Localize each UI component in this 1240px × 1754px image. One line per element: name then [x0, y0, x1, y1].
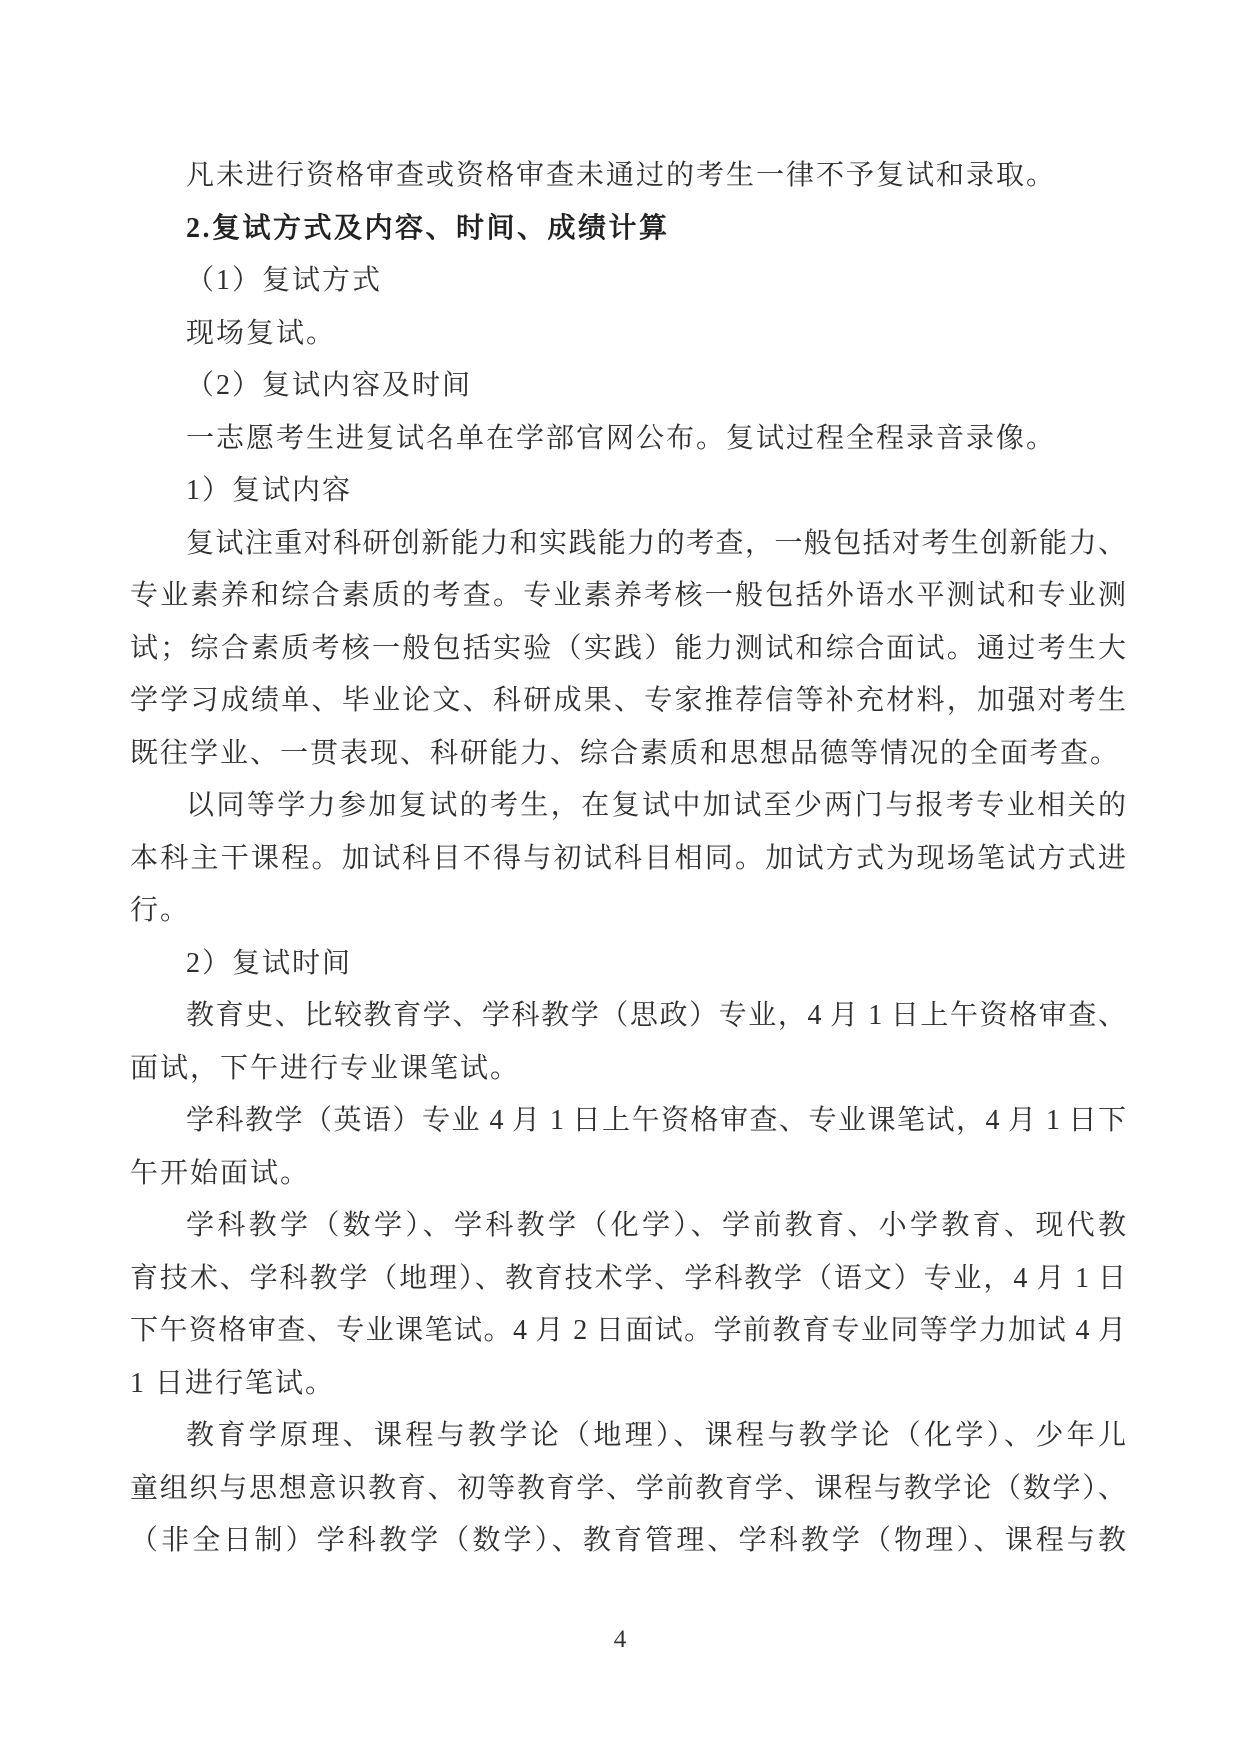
paragraph-line: 育技术、学科教学（地理）、教育技术学、学科教学（语文）专业，4 月 1 日 — [130, 1253, 1126, 1306]
paragraph-line: 学科教学（数学）、学科教学（化学）、学前教育、小学教育、现代教 — [130, 1200, 1126, 1253]
paragraph-line: 1 日进行笔试。 — [130, 1358, 1126, 1411]
paragraph-line: 现场复试。 — [130, 308, 1126, 361]
subsection-label: （2）复试内容及时间 — [130, 360, 1126, 413]
paragraph-line: 既往学业、一贯表现、科研能力、综合素质和思想品德等情况的全面考查。 — [130, 728, 1126, 781]
paragraph-line: 复试注重对科研创新能力和实践能力的考查，一般包括对考生创新能力、 — [130, 518, 1126, 571]
subsection-label: 2）复试时间 — [130, 938, 1126, 991]
paragraph-line: 凡未进行资格审查或资格审查未通过的考生一律不予复试和录取。 — [130, 150, 1126, 203]
paragraph-line: 一志愿考生进复试名单在学部官网公布。复试过程全程录音录像。 — [130, 413, 1126, 466]
subsection-label: 1）复试内容 — [130, 465, 1126, 518]
paragraph-line: 专业素养和综合素质的考查。专业素养考核一般包括外语水平测试和专业测 — [130, 570, 1126, 623]
paragraph-line: 学科教学（英语）专业 4 月 1 日上午资格审查、专业课笔试，4 月 1 日下 — [130, 1095, 1126, 1148]
paragraph-line: 午开始面试。 — [130, 1148, 1126, 1201]
paragraph-line: 下午资格审查、专业课笔试。4 月 2 日面试。学前教育专业同等学力加试 4 月 — [130, 1305, 1126, 1358]
paragraph-line: 学学习成绩单、毕业论文、科研成果、专家推荐信等补充材料，加强对考生 — [130, 675, 1126, 728]
paragraph-line: 以同等学力参加复试的考生，在复试中加试至少两门与报考专业相关的 — [130, 780, 1126, 833]
page-number: 4 — [0, 1622, 1240, 1658]
document-body: 凡未进行资格审查或资格审查未通过的考生一律不予复试和录取。 2.复试方式及内容、… — [130, 150, 1126, 1568]
paragraph-line: （非全日制）学科教学（数学）、教育管理、学科教学（物理）、课程与教 — [130, 1515, 1126, 1568]
paragraph-line: 教育学原理、课程与教学论（地理）、课程与教学论（化学）、少年儿 — [130, 1410, 1126, 1463]
paragraph-line: 本科主干课程。加试科目不得与初试科目相同。加试方式为现场笔试方式进 — [130, 833, 1126, 886]
paragraph-line: 行。 — [130, 885, 1126, 938]
paragraph-line: 教育史、比较教育学、学科教学（思政）专业，4 月 1 日上午资格审查、 — [130, 990, 1126, 1043]
paragraph-line: 面试，下午进行专业课笔试。 — [130, 1043, 1126, 1096]
subsection-label: （1）复试方式 — [130, 255, 1126, 308]
section-heading: 2.复试方式及内容、时间、成绩计算 — [130, 203, 1126, 256]
paragraph-line: 童组织与思想意识教育、初等教育学、学前教育学、课程与教学论（数学）、 — [130, 1463, 1126, 1516]
document-page: 凡未进行资格审查或资格审查未通过的考生一律不予复试和录取。 2.复试方式及内容、… — [0, 0, 1240, 1754]
paragraph-line: 试；综合素质考核一般包括实验（实践）能力测试和综合面试。通过考生大 — [130, 623, 1126, 676]
